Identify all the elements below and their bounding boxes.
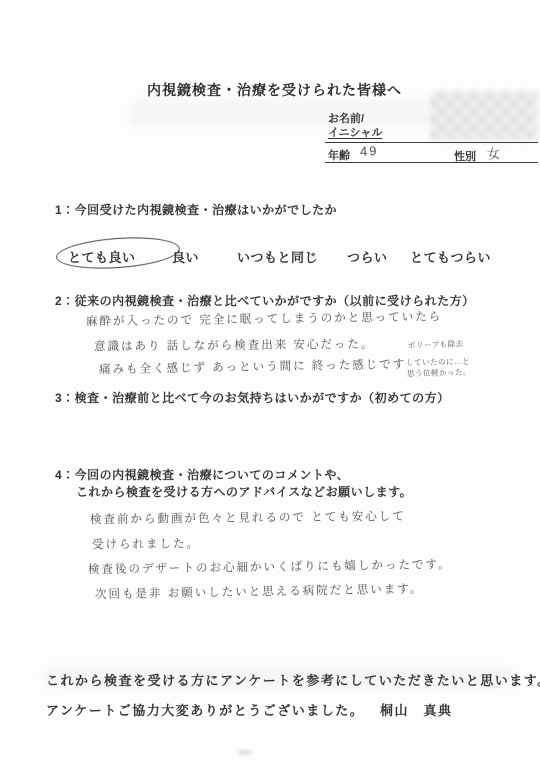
q4-answer-line-1: 検査前から動画が色々と見れるので とても安心して [90,508,406,527]
footer-thanks-line-1: これから検査を受ける方にアンケートを参考にしていただきたいと思います。 [46,670,540,689]
q2-answer-line-3: 痛みも全く感じず あっという間に 終った感じです [99,356,407,377]
gender-value-handwritten: 女 [486,143,503,163]
info-box-rule-2 [325,162,538,163]
q1-option-hard: つらい [347,247,388,266]
q4-answer-line-2: 受けられました。 [92,535,200,552]
question-4-label-line-2: これから検査を受ける方へのアドバイスなどお願いします。 [76,483,412,500]
q1-option-very-good: とても良い [68,247,136,266]
page-title: 内視鏡検査・治療を受けられた皆様へ [147,80,402,100]
age-label: 年齢 [328,147,350,163]
scanned-questionnaire-page: 内視鏡検査・治療を受けられた皆様へ お名前/ イニシャル 年齢 49 性別 女 … [0,0,540,767]
q4-answer-line-3: 検査後のデザートのお心細かいくばりにも嬉しかったです。 [88,556,452,577]
info-box-rule-1 [325,142,538,143]
question-4-label-line-1: 4：今回の内視鏡検査・治療についてのコメントや、 [55,466,349,483]
q1-option-good: 良い [172,247,199,266]
q1-option-very-hard: とてもつらい [410,247,491,266]
scan-smudge [238,750,252,755]
footer-thanks-line-2: アンケートご協力大変ありがとうございました。 [46,700,364,719]
scan-smudge [130,100,430,126]
q1-option-same-as-usual: いつもと同じ [237,247,318,266]
q2-margin-note-line-1: ポリープも除去 [408,338,464,351]
name-label-line2: イニシャル [328,124,382,140]
question-1-label: 1：今回受けた内視鏡検査・治療はいかがでしたか [55,201,337,218]
age-value-handwritten: 49 [360,143,379,159]
q2-answer-line-1: 麻酔が入ったので 完全に眠ってしまうのかと思っていたら [86,308,442,329]
redacted-name-value [430,91,538,141]
footer-signature: 桐山 真典 [380,700,453,719]
q4-answer-line-4: 次回も是非 お願いしたいと思える病院だと思います。 [95,580,424,602]
q2-answer-line-2: 意識はあり 話しながら検査出来 安心だった。 [94,336,375,354]
question-2-label: 2：従来の内視鏡検査・治療と比べていかがですか（以前に受けられた方） [55,292,475,309]
q2-margin-note-line-3: 思う位軽かった。 [407,366,471,379]
question-3-label: 3：検査・治療前と比べて今のお気持ちはいかがですか（初めての方） [55,389,450,406]
